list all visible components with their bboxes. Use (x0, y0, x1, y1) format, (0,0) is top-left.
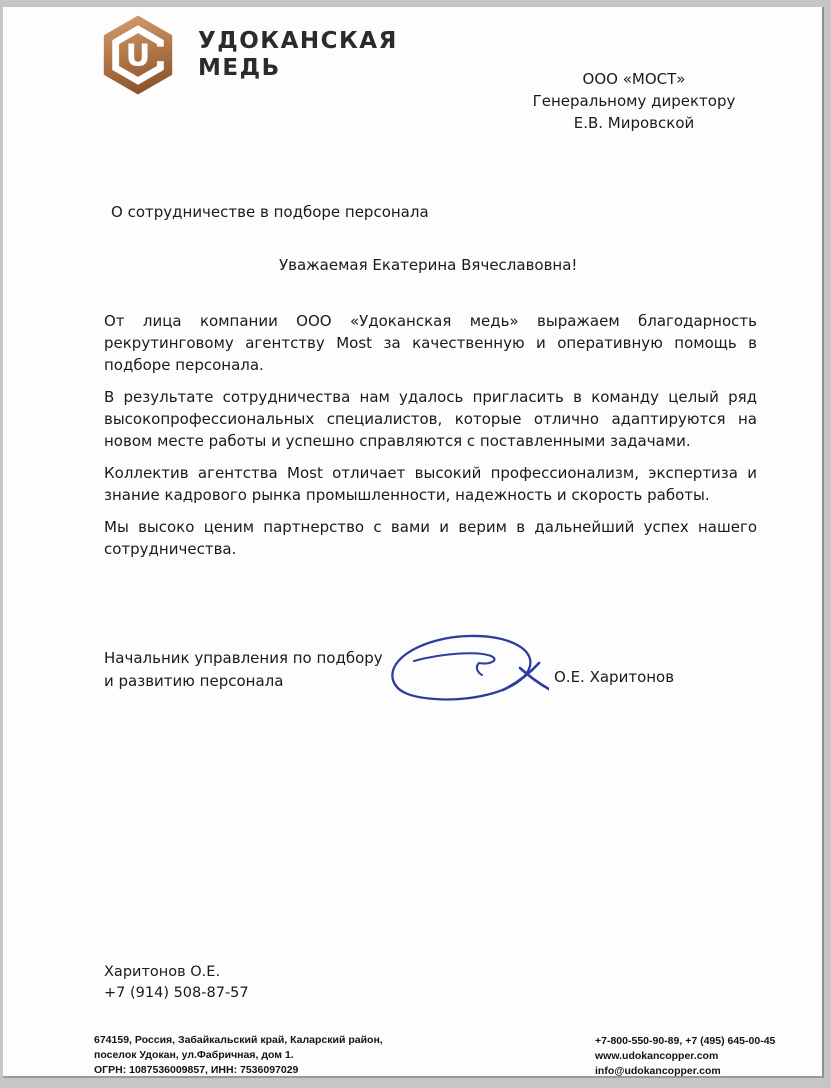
recipient-block: ООО «МОСТ» Генеральному директору Е.В. М… (499, 68, 769, 134)
recipient-position: Генеральному директору (499, 90, 769, 112)
company-name: УДОКАНСКАЯ МЕДЬ (198, 28, 398, 82)
paragraph: От лица компании ООО «Удоканская медь» в… (104, 310, 757, 376)
footer-address-line1: 674159, Россия, Забайкальский край, Кала… (94, 1033, 383, 1048)
company-name-line1: УДОКАНСКАЯ (198, 28, 398, 55)
letter-page: U УДОКАНСКАЯ МЕДЬ ООО «МОСТ» Генеральном… (3, 7, 824, 1078)
letter-body: От лица компании ООО «Удоканская медь» в… (104, 310, 757, 570)
recipient-company: ООО «МОСТ» (499, 68, 769, 90)
footer-address-line2: поселок Удокан, ул.Фабричная, дом 1. (94, 1048, 383, 1063)
greeting-line: Уважаемая Екатерина Вячеславовна! (279, 256, 577, 274)
paragraph: Мы высоко ценим партнерство с вами и вер… (104, 516, 757, 560)
logo-monogram: U (126, 39, 151, 74)
contact-block: Харитонов О.Е. +7 (914) 508-87-57 (104, 962, 249, 1004)
footer-website: www.udokancopper.com (595, 1049, 775, 1064)
footer-contacts-block: +7-800-550-90-89, +7 (495) 645-00-45 www… (595, 1034, 775, 1079)
recipient-name: Е.В. Мировской (499, 112, 769, 134)
scan-background: { "logo": { "name_line1": "УДОКАНСКАЯ", … (0, 0, 831, 1088)
signoff-title-line1: Начальник управления по подбору (104, 647, 383, 670)
copper-hexagon-icon: U (100, 13, 176, 97)
signoff-title-line2: и развитию персонала (104, 670, 383, 693)
company-name-line2: МЕДЬ (198, 55, 398, 82)
paragraph: Коллектив агентства Most отличает высоки… (104, 462, 757, 506)
signature-scribble (377, 627, 549, 707)
signoff-title: Начальник управления по подбору и развит… (104, 647, 383, 693)
subject-line: О сотрудничестве в подборе персонала (111, 203, 429, 221)
footer-email: info@udokancopper.com (595, 1064, 775, 1079)
paragraph: В результате сотрудничества нам удалось … (104, 386, 757, 452)
footer-address-block: 674159, Россия, Забайкальский край, Кала… (94, 1033, 383, 1078)
contact-name: Харитонов О.Е. (104, 962, 249, 983)
contact-phone: +7 (914) 508-87-57 (104, 983, 249, 1004)
footer-ogrn-inn: ОГРН: 1087536009857, ИНН: 7536097029 (94, 1063, 383, 1078)
company-logo: U УДОКАНСКАЯ МЕДЬ (100, 13, 398, 97)
signoff-name: О.Е. Харитонов (554, 668, 674, 686)
footer-phones: +7-800-550-90-89, +7 (495) 645-00-45 (595, 1034, 775, 1049)
